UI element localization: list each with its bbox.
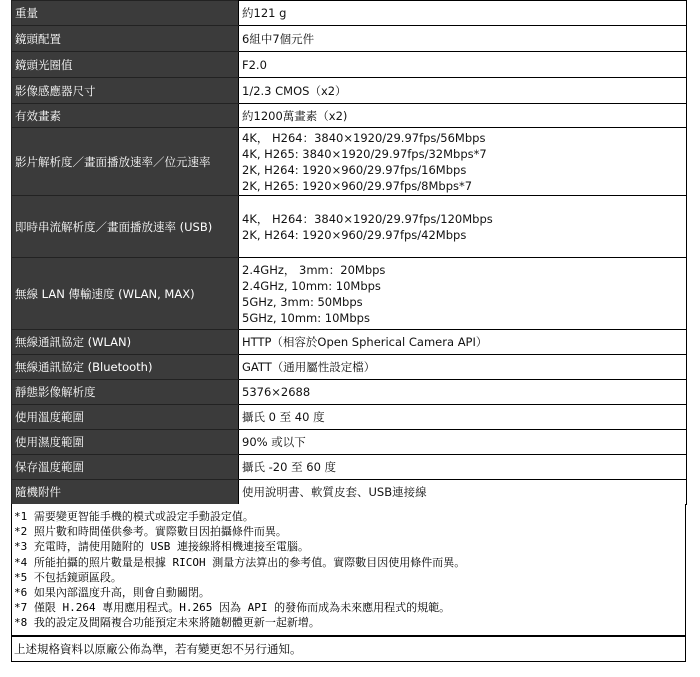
spec-value-line: 5GHz, 10mm: 10Mbps <box>242 310 686 326</box>
spec-value-line: HTTP（相容於Open Spherical Camera API） <box>242 334 686 350</box>
spec-value: GATT（通用屬性設定檔） <box>239 355 687 380</box>
spec-row: 鏡頭光圈值F2.0 <box>12 52 687 78</box>
footnote-item: *4 所能拍攝的照片數量是根據 RICOH 測量方法算出的參考值。實際數目因使用… <box>12 555 685 570</box>
spec-label: 無線 LAN 傳輸速度 (WLAN, MAX) <box>12 258 239 330</box>
spec-value-line: 4K， H264：3840×1920/29.97fps/56Mbps <box>242 130 686 146</box>
spec-value-line: 2.4GHz, 10mm: 10Mbps <box>242 278 686 294</box>
spec-label: 鏡頭光圈值 <box>12 52 239 78</box>
spec-label: 有效畫素 <box>12 104 239 128</box>
spec-value: 2.4GHz， 3mm：20Mbps2.4GHz, 10mm: 10Mbps5G… <box>239 258 687 330</box>
spec-row: 使用濕度範圍90% 或以下 <box>12 430 687 455</box>
spec-label: 隨機附件 <box>12 480 239 505</box>
footnotes: *1 需要變更智能手機的模式或設定手動設定值。*2 照片數和時間僅供參考。實際數… <box>11 504 686 636</box>
spec-value-line: 4K， H264：3840×1920/29.97fps/120Mbps <box>242 211 686 227</box>
spec-row: 無線 LAN 傳輸速度 (WLAN, MAX)2.4GHz， 3mm：20Mbp… <box>12 258 687 330</box>
spec-label: 使用濕度範圍 <box>12 430 239 455</box>
spec-label: 影像感應器尺寸 <box>12 78 239 104</box>
footnote-item: *1 需要變更智能手機的模式或設定手動設定值。 <box>12 509 685 524</box>
spec-table: 重量約121 g鏡頭配置6組中7個元件鏡頭光圈值F2.0影像感應器尺寸1/2.3… <box>11 0 687 505</box>
spec-value-line: 4K, H265: 3840×1920/29.97fps/32Mbps*7 <box>242 146 686 162</box>
spec-value-line: 2K, H264: 1920×960/29.97fps/16Mbps <box>242 162 686 178</box>
spec-row: 影片解析度／畫面播放速率／位元速率4K， H264：3840×1920/29.9… <box>12 128 687 196</box>
spec-value: 約1200萬畫素（x2) <box>239 104 687 128</box>
footnote-item: *7 僅限 H.264 專用應用程式。H.265 因為 API 的發佈而成為未來… <box>12 600 685 615</box>
spec-value-line: 5376×2688 <box>242 384 686 400</box>
footnote-item: *5 不包括鏡頭區段。 <box>12 570 685 585</box>
spec-value-line: 6組中7個元件 <box>242 31 686 47</box>
footnote-item: *6 如果內部溫度升高，則會自動關閉。 <box>12 585 685 600</box>
spec-value-line: 攝氏 0 至 40 度 <box>242 409 686 425</box>
spec-value: 約121 g <box>239 1 687 26</box>
spec-label: 即時串流解析度／畫面播放速率 (USB) <box>12 196 239 258</box>
spec-label: 靜態影像解析度 <box>12 380 239 405</box>
spec-row: 使用溫度範圍攝氏 0 至 40 度 <box>12 405 687 430</box>
spec-value-line: 使用說明書、軟質皮套、USB連接線 <box>242 484 686 500</box>
spec-row: 影像感應器尺寸1/2.3 CMOS（x2） <box>12 78 687 104</box>
spec-row: 靜態影像解析度5376×2688 <box>12 380 687 405</box>
spec-row: 重量約121 g <box>12 1 687 26</box>
spec-value-line: 約1200萬畫素（x2) <box>242 108 686 124</box>
spec-value-line: 2K, H264: 1920×960/29.97fps/42Mbps <box>242 227 686 243</box>
spec-label: 保存溫度範圍 <box>12 455 239 480</box>
spec-label: 鏡頭配置 <box>12 26 239 52</box>
spec-label: 重量 <box>12 1 239 26</box>
spec-label: 無線通訊協定 (Bluetooth) <box>12 355 239 380</box>
spec-row: 無線通訊協定 (WLAN)HTTP（相容於Open Spherical Came… <box>12 330 687 355</box>
spec-value: 6組中7個元件 <box>239 26 687 52</box>
spec-value: 4K， H264：3840×1920/29.97fps/120Mbps2K, H… <box>239 196 687 258</box>
spec-value-line: 2K, H265: 1920×960/29.97fps/8Mbps*7 <box>242 178 686 194</box>
spec-value: F2.0 <box>239 52 687 78</box>
spec-value: 1/2.3 CMOS（x2） <box>239 78 687 104</box>
footnote-item: *2 照片數和時間僅供參考。實際數目因拍攝條件而異。 <box>12 524 685 539</box>
spec-value: HTTP（相容於Open Spherical Camera API） <box>239 330 687 355</box>
spec-value-line: GATT（通用屬性設定檔） <box>242 359 686 375</box>
spec-value: 5376×2688 <box>239 380 687 405</box>
spec-row: 無線通訊協定 (Bluetooth)GATT（通用屬性設定檔） <box>12 355 687 380</box>
disclaimer: 上述規格資料以原廠公佈為準，若有變更恕不另行通知。 <box>11 636 686 662</box>
spec-label: 無線通訊協定 (WLAN) <box>12 330 239 355</box>
spec-row: 即時串流解析度／畫面播放速率 (USB)4K， H264：3840×1920/2… <box>12 196 687 258</box>
footnote-item: *8 我的設定及間隔複合功能預定未來將隨韌體更新一起新增。 <box>12 615 685 630</box>
spec-value: 使用說明書、軟質皮套、USB連接線 <box>239 480 687 505</box>
spec-row: 有效畫素約1200萬畫素（x2) <box>12 104 687 128</box>
spec-value: 攝氏 -20 至 60 度 <box>239 455 687 480</box>
spec-row: 保存溫度範圍攝氏 -20 至 60 度 <box>12 455 687 480</box>
footnote-item: *3 充電時，請使用隨附的 USB 連接線將相機連接至電腦。 <box>12 539 685 554</box>
spec-value-line: 5GHz, 3mm: 50Mbps <box>242 294 686 310</box>
spec-label: 影片解析度／畫面播放速率／位元速率 <box>12 128 239 196</box>
spec-value-line: 攝氏 -20 至 60 度 <box>242 459 686 475</box>
spec-value: 90% 或以下 <box>239 430 687 455</box>
spec-value: 4K， H264：3840×1920/29.97fps/56Mbps4K, H2… <box>239 128 687 196</box>
spec-value-line: 約121 g <box>242 5 686 21</box>
spec-value-line: F2.0 <box>242 57 686 73</box>
spec-row: 鏡頭配置6組中7個元件 <box>12 26 687 52</box>
spec-label: 使用溫度範圍 <box>12 405 239 430</box>
spec-value-line: 90% 或以下 <box>242 434 686 450</box>
spec-row: 隨機附件使用說明書、軟質皮套、USB連接線 <box>12 480 687 505</box>
spec-value-line: 2.4GHz， 3mm：20Mbps <box>242 262 686 278</box>
spec-value-line: 1/2.3 CMOS（x2） <box>242 83 686 99</box>
spec-value: 攝氏 0 至 40 度 <box>239 405 687 430</box>
